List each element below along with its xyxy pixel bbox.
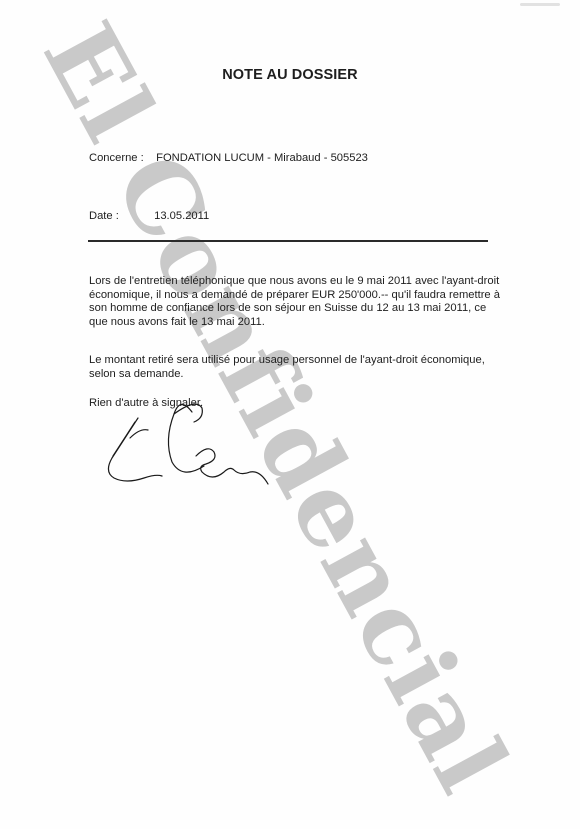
- signature-icon: [100, 400, 300, 500]
- concerne-value: FONDATION LUCUM - Mirabaud - 505523: [156, 152, 368, 164]
- concerne-row: Concerne : FONDATION LUCUM - Mirabaud - …: [89, 152, 368, 164]
- paragraph-1: Lors de l'entretien téléphonique que nou…: [89, 275, 504, 329]
- date-row: Date : 13.05.2011: [89, 210, 209, 222]
- concerne-label: Concerne :: [89, 152, 153, 164]
- document-title: NOTE AU DOSSIER: [0, 67, 580, 83]
- document-page: El Confidencial NOTE AU DOSSIER Concerne…: [0, 0, 580, 829]
- paragraph-2: Le montant retiré sera utilisé pour usag…: [89, 354, 504, 381]
- divider-line: [88, 240, 488, 242]
- date-value: 13.05.2011: [154, 210, 209, 222]
- date-label: Date :: [89, 210, 151, 222]
- document-body: NOTE AU DOSSIER Concerne : FONDATION LUC…: [0, 0, 580, 829]
